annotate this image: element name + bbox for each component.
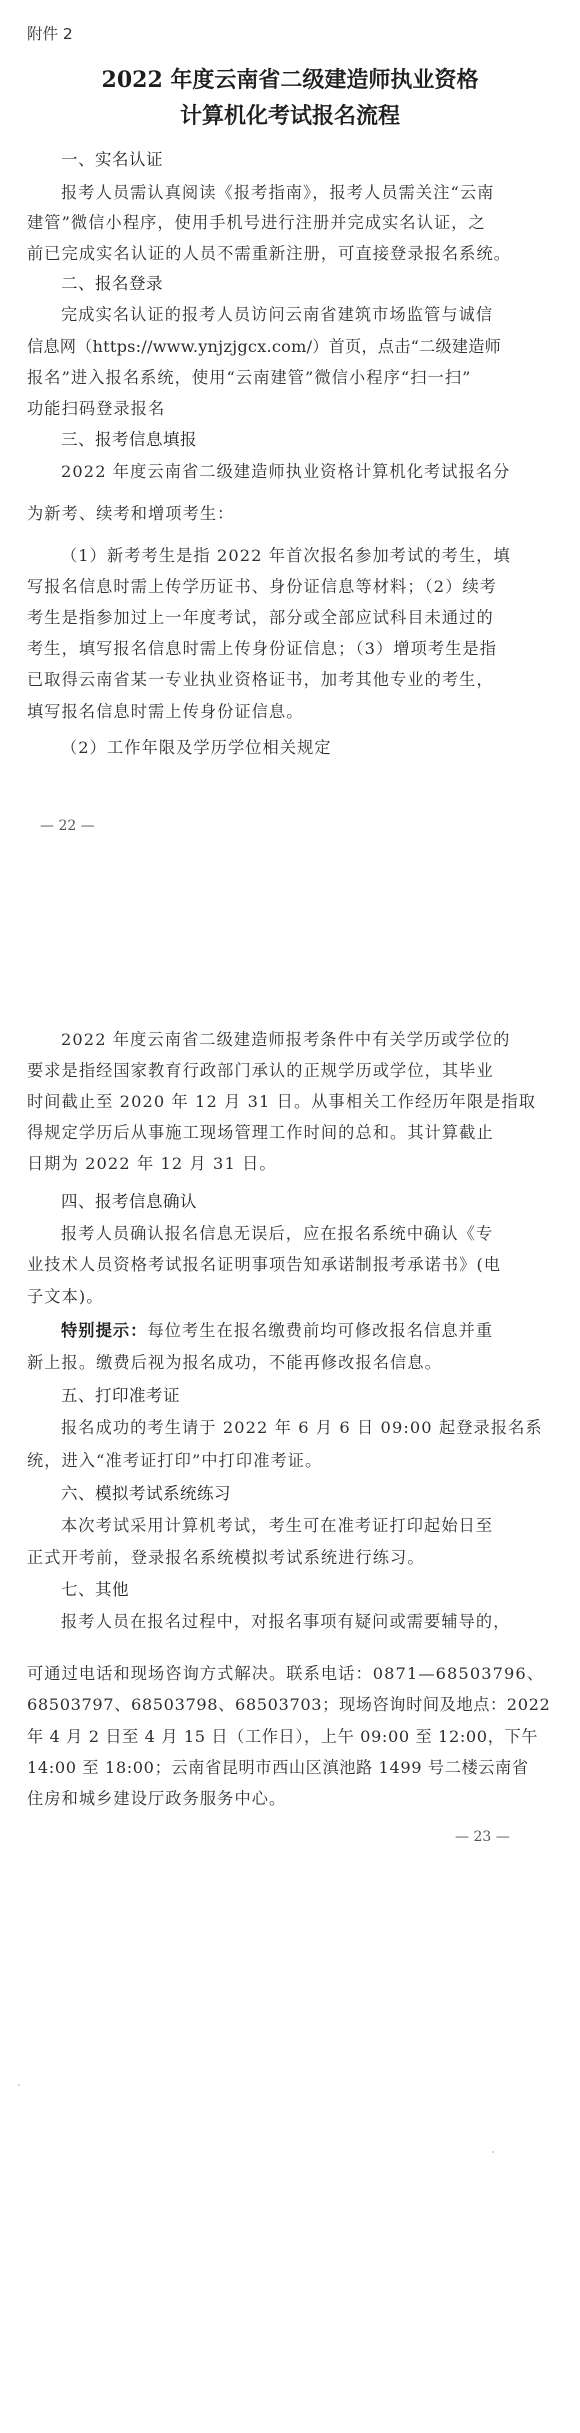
body-line: 报名”进入报名系统，使用“云南建管”微信小程序“扫一扫” xyxy=(27,368,537,388)
document-page-22: 附件 2 2022 年度云南省二级建造师执业资格 计算机化考试报名流程 一、实名… xyxy=(0,0,580,1000)
body-line: 为新考、续考和增项考生： xyxy=(27,504,537,524)
section-heading-print-admission: 五、打印准考证 xyxy=(61,1386,180,1406)
body-line: 考生，填写报名信息时需上传身份证信息；（3）增项考生是指 xyxy=(27,639,537,659)
body-line: 日期为 2022 年 12 月 31 日。 xyxy=(27,1154,537,1174)
body-line: 业技术人员资格考试报名证明事项告知承诺制报考承诺书》(电 xyxy=(27,1255,537,1275)
body-line: 时间截止至 2020 年 12 月 31 日。从事相关工作经历年限是指取 xyxy=(27,1092,537,1112)
body-line-consult-address: 14:00 至 18:00；云南省昆明市西山区滇池路 1499 号二楼云南省 xyxy=(27,1758,537,1778)
body-line: 统，进入“准考证打印”中打印准考证。 xyxy=(27,1451,537,1471)
scan-speck xyxy=(192,375,194,377)
body-line: 要求是指经国家教育行政部门承认的正规学历或学位，其毕业 xyxy=(27,1061,537,1081)
body-line: 本次考试采用计算机考试，考生可在准考证打印起始日至 xyxy=(61,1516,537,1536)
body-line: 新上报。缴费后视为报名成功，不能再修改报名信息。 xyxy=(27,1353,537,1373)
section-heading-info-fill: 三、报考信息填报 xyxy=(61,430,197,450)
body-line: 报考人员在报名过程中，对报名事项有疑问或需要辅导的， xyxy=(61,1612,537,1632)
body-line: 住房和城乡建设厅政务服务中心。 xyxy=(27,1789,537,1809)
section-heading-info-confirm: 四、报考信息确认 xyxy=(61,1192,197,1212)
body-line: 前已完成实名认证的人员不需重新注册，可直接登录报名系统。 xyxy=(27,244,537,264)
body-line: 写报名信息时需上传学历证书、身份证信息等材料；（2）续考 xyxy=(27,577,537,597)
body-line: 2022 年度云南省二级建造师报考条件中有关学历或学位的 xyxy=(61,1030,537,1050)
body-line: 2022 年度云南省二级建造师执业资格计算机化考试报名分 xyxy=(61,462,537,482)
body-line: 正式开考前，登录报名系统模拟考试系统进行练习。 xyxy=(27,1548,537,1568)
section-heading-other: 七、其他 xyxy=(61,1580,129,1600)
page-number-22: — 22 — xyxy=(40,818,95,834)
section-heading-login: 二、报名登录 xyxy=(61,274,163,294)
body-line: （1）新考考生是指 2022 年首次报名参加考试的考生，填 xyxy=(61,546,537,566)
scan-speck xyxy=(492,2151,494,2153)
special-tip-line: 特别提示：每位考生在报名缴费前均可修改报名信息并重 xyxy=(61,1321,537,1341)
subsection-heading-work-years: （2）工作年限及学历学位相关规定 xyxy=(61,738,537,758)
page-number-23: — 23 — xyxy=(455,1829,510,1845)
body-line: 已取得云南省某一专业执业资格证书，加考其他专业的考生， xyxy=(27,670,537,690)
body-line: 报考人员需认真阅读《报考指南》，报考人员需关注“云南 xyxy=(61,183,537,203)
body-line-with-url: 信息网（https://www.ynjzjgcx.com/）首页，点击“二级建造… xyxy=(27,337,537,357)
body-line: 考生是指参加过上一年度考试，部分或全部应试科目未通过的 xyxy=(27,608,537,628)
body-line: 报考人员确认报名信息无误后，应在报名系统中确认《专 xyxy=(61,1224,537,1244)
document-title-line-1: 2022 年度云南省二级建造师执业资格 xyxy=(0,66,580,94)
document-page-23: 2022 年度云南省二级建造师报考条件中有关学历或学位的 要求是指经国家教育行政… xyxy=(0,1000,580,2433)
section-heading-mock-exam: 六、模拟考试系统练习 xyxy=(61,1484,231,1504)
body-line: 完成实名认证的报考人员访问云南省建筑市场监管与诚信 xyxy=(61,305,537,325)
body-line-consult-time: 年 4 月 2 日至 4 月 15 日（工作日），上午 09:00 至 12:0… xyxy=(27,1727,537,1747)
body-line: 填写报名信息时需上传身份证信息。 xyxy=(27,702,537,722)
section-heading-real-name: 一、实名认证 xyxy=(61,150,163,170)
body-line: 报名成功的考生请于 2022 年 6 月 6 日 09:00 起登录报名系 xyxy=(61,1418,537,1438)
attachment-label: 附件 2 xyxy=(27,22,73,44)
body-line-contact-phone: 68503797、68503798、68503703；现场咨询时间及地点：202… xyxy=(27,1695,537,1715)
special-tip-label: 特别提示： xyxy=(61,1321,147,1340)
body-line-contact-phone: 可通过电话和现场咨询方式解决。联系电话：0871—68503796、 xyxy=(27,1664,537,1684)
body-line: 子文本)。 xyxy=(27,1287,537,1307)
body-line: 得规定学历后从事施工现场管理工作时间的总和。其计算截止 xyxy=(27,1123,537,1143)
scan-speck xyxy=(18,2084,20,2086)
body-line: 功能扫码登录报名 xyxy=(27,399,537,419)
document-title-line-2: 计算机化考试报名流程 xyxy=(0,102,580,130)
special-tip-text: 每位考生在报名缴费前均可修改报名信息并重 xyxy=(147,1321,493,1340)
body-line: 建管”微信小程序，使用手机号进行注册并完成实名认证，之 xyxy=(27,213,537,233)
